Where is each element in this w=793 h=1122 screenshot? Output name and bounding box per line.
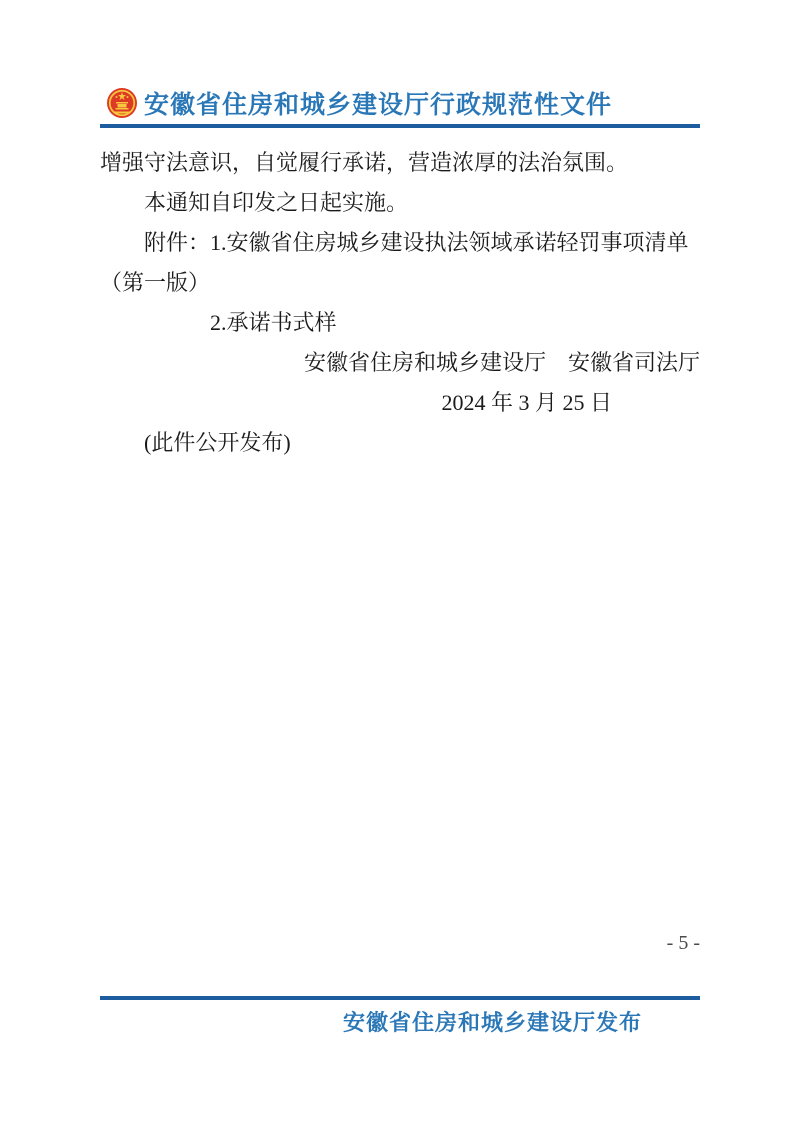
page-number: - 5 - <box>100 932 700 955</box>
attachment-list-line-1: 附件：1.安徽省住房城乡建设执法领域承诺轻罚事项清单 <box>100 223 700 263</box>
public-release-note: (此件公开发布) <box>100 423 700 463</box>
national-emblem-icon <box>106 87 138 119</box>
attachment-list-item-2: 2.承诺书式样 <box>100 303 700 343</box>
body-paragraph-effective-date: 本通知自印发之日起实施。 <box>100 183 700 223</box>
document-type-title: 安徽省住房和城乡建设厅行政规范性文件 <box>144 85 612 121</box>
signature-organizations: 安徽省住房和城乡建设厅 安徽省司法厅 <box>100 343 700 383</box>
body-paragraph-continuation: 增强守法意识，自觉履行承诺，营造浓厚的法治氛围。 <box>100 143 700 183</box>
attachment-list-line-2: （第一版） <box>100 263 700 303</box>
signature-date: 2024 年 3 月 25 日 <box>100 383 700 423</box>
header-divider-rule <box>100 124 700 128</box>
document-page: 安徽省住房和城乡建设厅行政规范性文件 增强守法意识，自觉履行承诺，营造浓厚的法治… <box>0 0 793 1122</box>
footer-divider-rule <box>100 996 700 1000</box>
footer-publisher: 安徽省住房和城乡建设厅发布 <box>100 1006 700 1037</box>
document-body: 增强守法意识，自觉履行承诺，营造浓厚的法治氛围。 本通知自印发之日起实施。 附件… <box>100 143 700 463</box>
document-header: 安徽省住房和城乡建设厅行政规范性文件 <box>106 85 706 121</box>
